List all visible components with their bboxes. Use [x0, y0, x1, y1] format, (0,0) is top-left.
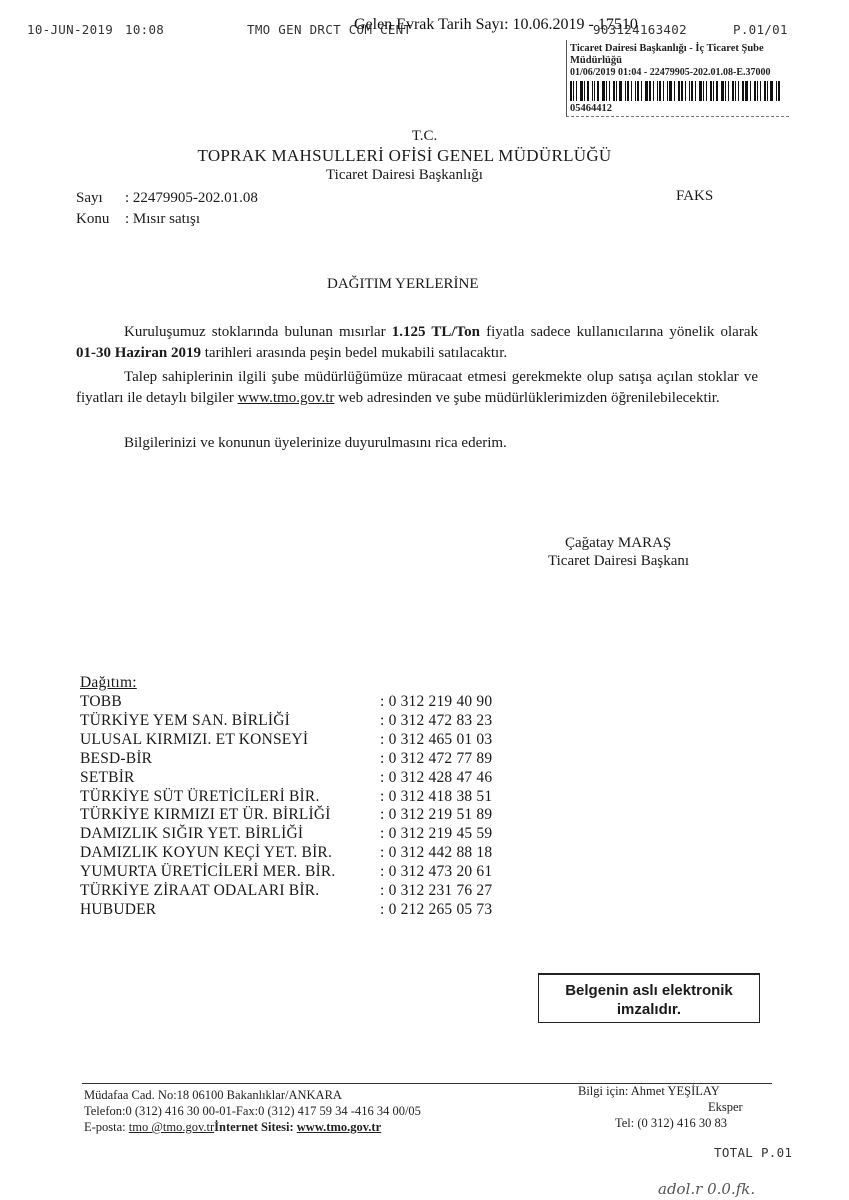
sayi-label: Sayı: [76, 190, 103, 207]
website-link[interactable]: www.tmo.gov.tr: [238, 390, 335, 406]
distribution-phone: : 0 312 219 40 90: [380, 693, 492, 711]
p1-text-b: fiyatla sadece kullanıcılarına yönelik o…: [480, 324, 758, 340]
info-contact-tel: Tel: (0 312) 416 30 83: [615, 1116, 727, 1131]
distribution-label: Dağıtım:: [80, 674, 137, 692]
incoming-document-stamp: Gelen Evrak Tarih Sayı: 10.06.2019 - 175…: [354, 16, 638, 34]
distribution-name: ULUSAL KIRMIZI. ET KONSEYİ: [80, 731, 308, 749]
distribution-name: TÜRKİYE ZİRAAT ODALARI BİR.: [80, 882, 319, 900]
body-paragraph-1: Kuruluşumuz stoklarında bulunan mısırlar…: [76, 322, 758, 364]
signatory-title: Ticaret Dairesi Başkanı: [548, 553, 689, 570]
registry-label: Ticaret Dairesi Başkanlığı - İç Ticaret …: [566, 40, 789, 117]
konu-label: Konu: [76, 211, 109, 228]
document-type: FAKS: [676, 188, 713, 205]
e-signature-note: Belgenin aslı elektronik imzalıdır.: [538, 973, 760, 1023]
letterhead-organization: TOPRAK MAHSULLERİ OFİSİ GENEL MÜDÜRLÜĞÜ: [0, 146, 829, 166]
distribution-name: DAMIZLIK SIĞIR YET. BİRLİĞİ: [80, 825, 303, 843]
distribution-name: YUMURTA ÜRETİCİLERİ MER. BİR.: [80, 863, 336, 881]
website-label: İnternet Sitesi:: [214, 1120, 297, 1134]
registry-date-ref: 01/06/2019 01:04 - 22479905-202.01.08-E.…: [570, 67, 789, 79]
konu-value: : Mısır satışı: [125, 211, 200, 228]
distribution-phone: : 0 312 442 88 18: [380, 844, 492, 862]
footer-website-link[interactable]: www.tmo.gov.tr: [297, 1120, 381, 1134]
addressee: DAĞITIM YERLERİNE: [327, 276, 479, 293]
sale-dates: 01-30 Haziran 2019: [76, 345, 201, 361]
distribution-name: TOBB: [80, 693, 122, 711]
barcode-number: 05464412: [570, 103, 789, 115]
registry-unit: Ticaret Dairesi Başkanlığı - İç Ticaret …: [570, 43, 789, 55]
distribution-phone: : 0 312 473 20 61: [380, 863, 492, 881]
footer-contact-links: E-posta: tmo @tmo.gov.trİnternet Sitesi:…: [84, 1120, 381, 1135]
distribution-name: SETBİR: [80, 769, 135, 787]
e-signature-line1: Belgenin aslı elektronik: [539, 981, 759, 1000]
distribution-phone: : 0 312 418 38 51: [380, 788, 492, 806]
distribution-phone: : 0 312 465 01 03: [380, 731, 492, 749]
distribution-name: BESD-BİR: [80, 750, 152, 768]
distribution-name: DAMIZLIK KOYUN KEÇİ YET. BİR.: [80, 844, 332, 862]
distribution-phone: : 0 312 472 77 89: [380, 750, 492, 768]
p1-text-a: Kuruluşumuz stoklarında bulunan mısırlar: [124, 324, 392, 340]
letterhead-department: Ticaret Dairesi Başkanlığı: [0, 167, 829, 184]
price: 1.125 TL/Ton: [392, 324, 480, 340]
distribution-phone: : 0 312 472 83 23: [380, 712, 492, 730]
barcode-icon: [570, 81, 789, 101]
e-signature-line2: imzalıdır.: [539, 1000, 759, 1019]
p1-text-c: tarihleri arasında peşin bedel mukabili …: [201, 345, 507, 361]
sayi-value: : 22479905-202.01.08: [125, 190, 258, 207]
email-link[interactable]: tmo @tmo.gov.tr: [129, 1120, 214, 1134]
fax-page: P.01/01: [733, 22, 788, 37]
footer-phone-fax: Telefon:0 (312) 416 30 00-01-Fax:0 (312)…: [84, 1104, 421, 1119]
handwritten-note: adol.r 0.0.fk.: [658, 1180, 755, 1198]
fax-date: 10-JUN-2019: [27, 22, 113, 37]
body-paragraph-3: Bilgilerinizi ve konunun üyelerinize duy…: [76, 433, 758, 454]
distribution-phone: : 0 312 428 47 46: [380, 769, 492, 787]
footer-address: Müdafaa Cad. No:18 06100 Bakanlıklar/ANK…: [84, 1088, 342, 1103]
email-label: E-posta:: [84, 1120, 129, 1134]
letterhead-country: T.C.: [0, 128, 849, 145]
distribution-name: HUBUDER: [80, 901, 156, 919]
body-paragraph-2: Talep sahiplerinin ilgili şube müdürlüğü…: [76, 367, 758, 409]
distribution-phone: : 0 312 231 76 27: [380, 882, 492, 900]
distribution-phone: : 0 312 219 45 59: [380, 825, 492, 843]
distribution-name: TÜRKİYE YEM SAN. BİRLİĞİ: [80, 712, 290, 730]
fax-time: 10:08: [125, 22, 164, 37]
registry-unit-cont: Müdürlüğü: [570, 55, 789, 67]
info-contact: Bilgi için: Ahmet YEŞİLAY: [578, 1084, 720, 1099]
fax-total-pages: TOTAL P.01: [714, 1145, 792, 1160]
distribution-phone: : 0 312 219 51 89: [380, 806, 492, 824]
p2-text-b: web adresinden ve şube müdürlüklerimizde…: [334, 390, 719, 406]
distribution-name: TÜRKİYE SÜT ÜRETİCİLERİ BİR.: [80, 788, 320, 806]
distribution-phone: : 0 212 265 05 73: [380, 901, 492, 919]
distribution-name: TÜRKİYE KIRMIZI ET ÜR. BİRLİĞİ: [80, 806, 331, 824]
signatory-name: Çağatay MARAŞ: [565, 535, 671, 552]
info-contact-role: Eksper: [708, 1100, 743, 1115]
